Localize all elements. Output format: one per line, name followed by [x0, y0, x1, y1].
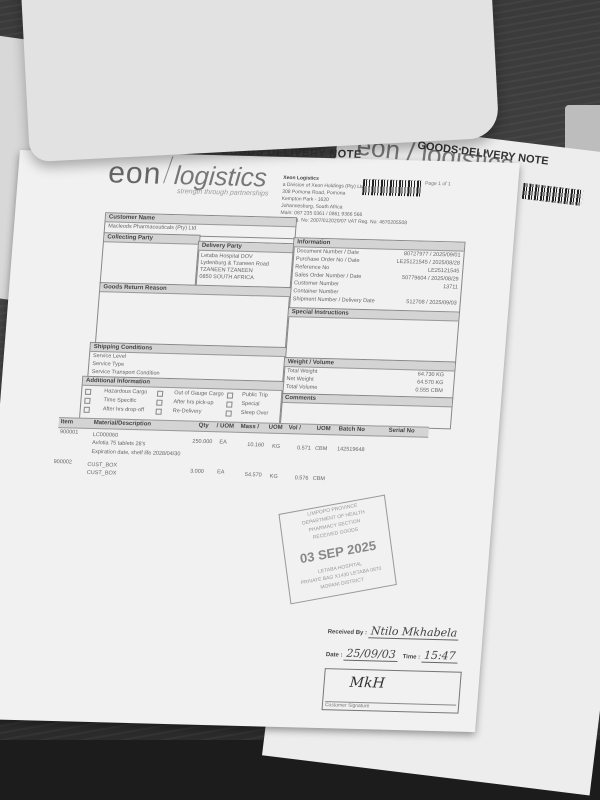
qty: 3.000 — [190, 469, 204, 475]
vol: 0.571 — [297, 445, 311, 451]
goods-return-section: Goods Return Reason — [95, 282, 292, 349]
vol: 0.576 — [294, 475, 308, 481]
after-hrs-dropoff-checkbox[interactable] — [83, 407, 89, 413]
mass: 54.570 — [245, 472, 262, 478]
item-number: 900001 — [60, 429, 79, 435]
item-number: 900002 — [53, 459, 72, 465]
info-label: Purchase Order No / Date — [296, 256, 360, 264]
option-label: Out of Gauge Cargo — [174, 390, 224, 397]
batch-no: 142519648 — [337, 446, 365, 453]
col-material: Material/Description — [93, 420, 151, 427]
brand-tagline: strength through partnerships — [177, 188, 269, 197]
info-value: 80727977 / 2025/09/01 — [404, 251, 461, 258]
shipping-row: Service Level — [93, 353, 126, 360]
option-label: Re-Delivery — [173, 408, 202, 415]
option-label: Hazardous Cargo — [104, 388, 148, 395]
info-value: 50779604 / 2025/08/29 — [402, 275, 459, 282]
hazardous-cargo-checkbox[interactable] — [85, 389, 91, 395]
received-by-row: Received By : Ntilo Mkhabela — [327, 623, 459, 639]
customer-value: Macleods Pharmaceuticals (Pty) Ltd — [108, 223, 196, 231]
weight-label: Total Volume — [286, 384, 318, 391]
information-section: Information Document Number / Date 80727… — [288, 237, 466, 313]
vol-uom: CBM — [312, 476, 325, 482]
weight-value: 64.730 KG — [418, 371, 445, 378]
info-value: LE25121545 / 2025/08/28 — [396, 259, 460, 267]
col-mass: Mass / — [240, 424, 259, 430]
special-instructions-label: Special Instructions — [288, 308, 459, 321]
option-label: After hrs pick-up — [173, 399, 214, 406]
delivery-party-section: Delivery Party Letaba Hospital DOV Lyden… — [195, 241, 296, 289]
option-label: Special — [241, 401, 260, 407]
option-label: Sleep Over — [240, 410, 268, 417]
info-label: Shipment Number / Delivery Date — [293, 296, 375, 304]
description: Expiration date, shelf life 2028/04/30 — [91, 449, 180, 457]
time-value: 15:47 — [421, 649, 458, 664]
collecting-party-label: Collecting Party — [104, 233, 200, 244]
col-serial: Serial No — [388, 428, 414, 435]
col-mass-uom: UOM — [268, 425, 282, 431]
sleep-over-checkbox[interactable] — [225, 410, 231, 416]
special-checkbox[interactable] — [226, 401, 232, 407]
brand-eon: eon — [107, 156, 163, 191]
public-trip-checkbox[interactable] — [227, 393, 233, 399]
info-label: Reference No — [295, 264, 329, 271]
folded-page-flap — [21, 0, 500, 162]
special-instructions-section: Special Instructions — [284, 307, 460, 363]
material-code: CUST_BOX — [87, 462, 117, 469]
col-vol: Vol / — [288, 425, 301, 431]
info-label: Customer Number — [294, 280, 339, 287]
date-label: Date : — [326, 652, 343, 658]
collecting-party-section: Collecting Party — [100, 232, 201, 286]
customer-signature-label: Customer Signature — [325, 701, 457, 711]
col-qty: Qty — [198, 423, 208, 429]
weight-value: 0.555 CBM — [415, 387, 443, 394]
mass-uom: KG — [270, 474, 278, 480]
info-value: LE25121545 — [428, 268, 460, 275]
received-stamp: LIMPOPO PROVINCE DEPARTMENT OF HEALTH PH… — [278, 495, 396, 605]
received-by-value: Ntilo Mkhabela — [368, 624, 459, 640]
goods-delivery-note: GOODS DELIVERY NOTE eon logistics streng… — [0, 150, 520, 732]
info-label: Container Number — [293, 288, 338, 295]
col-uom: / UOM — [216, 423, 234, 429]
date-time-row: Date : 25/09/03 Time : 15:47 — [326, 646, 459, 662]
mass: 10.160 — [247, 442, 264, 448]
weight-label: Net Weight — [286, 376, 314, 383]
uom: EA — [219, 439, 227, 445]
out-of-gauge-checkbox[interactable] — [157, 391, 163, 397]
second-barcode — [522, 183, 584, 206]
col-batch: Batch No — [338, 426, 365, 433]
delivery-line: 0850 SOUTH AFRICA — [199, 274, 254, 281]
barcode — [362, 179, 421, 196]
material-code: LC000060 — [92, 432, 118, 439]
col-item: Item — [60, 419, 73, 425]
time-specific-checkbox[interactable] — [84, 398, 90, 404]
option-label: After hrs drop-off — [103, 406, 145, 413]
date-value: 25/09/03 — [344, 647, 398, 662]
time-label: Time : — [402, 654, 420, 660]
description: CUST_BOX — [87, 470, 117, 477]
mass-uom: KG — [272, 444, 280, 450]
info-label: Document Number / Date — [296, 248, 359, 256]
col-vol-uom: UOM — [316, 426, 330, 432]
after-hrs-pickup-checkbox[interactable] — [156, 400, 162, 406]
info-label: Sales Order Number / Date — [294, 272, 361, 280]
signature-mark: MkH — [349, 675, 385, 692]
received-by-label: Received By : — [327, 629, 367, 636]
option-label: Time Specific — [103, 397, 136, 404]
weight-value: 64.570 KG — [417, 379, 444, 386]
customer-signature-box: MkH Customer Signature — [322, 668, 462, 714]
description: Avlotia 75 tablets 28's — [92, 440, 146, 447]
vol-uom: CBM — [315, 446, 328, 452]
delivery-party-label: Delivery Party — [198, 242, 294, 253]
info-value: 13711 — [443, 284, 458, 290]
uom: EA — [217, 469, 225, 475]
qty: 250.000 — [192, 439, 212, 446]
option-label: Public Trip — [242, 392, 268, 399]
info-value: 512708 / 2025/09/03 — [406, 299, 457, 306]
brand-divider — [163, 156, 173, 183]
page-number: Page 1 of 1 — [425, 181, 451, 188]
weight-label: Total Weight — [287, 368, 318, 375]
re-delivery-checkbox[interactable] — [155, 409, 161, 415]
comments-label: Comments — [282, 394, 453, 407]
shipping-row: Service Type — [92, 361, 124, 368]
